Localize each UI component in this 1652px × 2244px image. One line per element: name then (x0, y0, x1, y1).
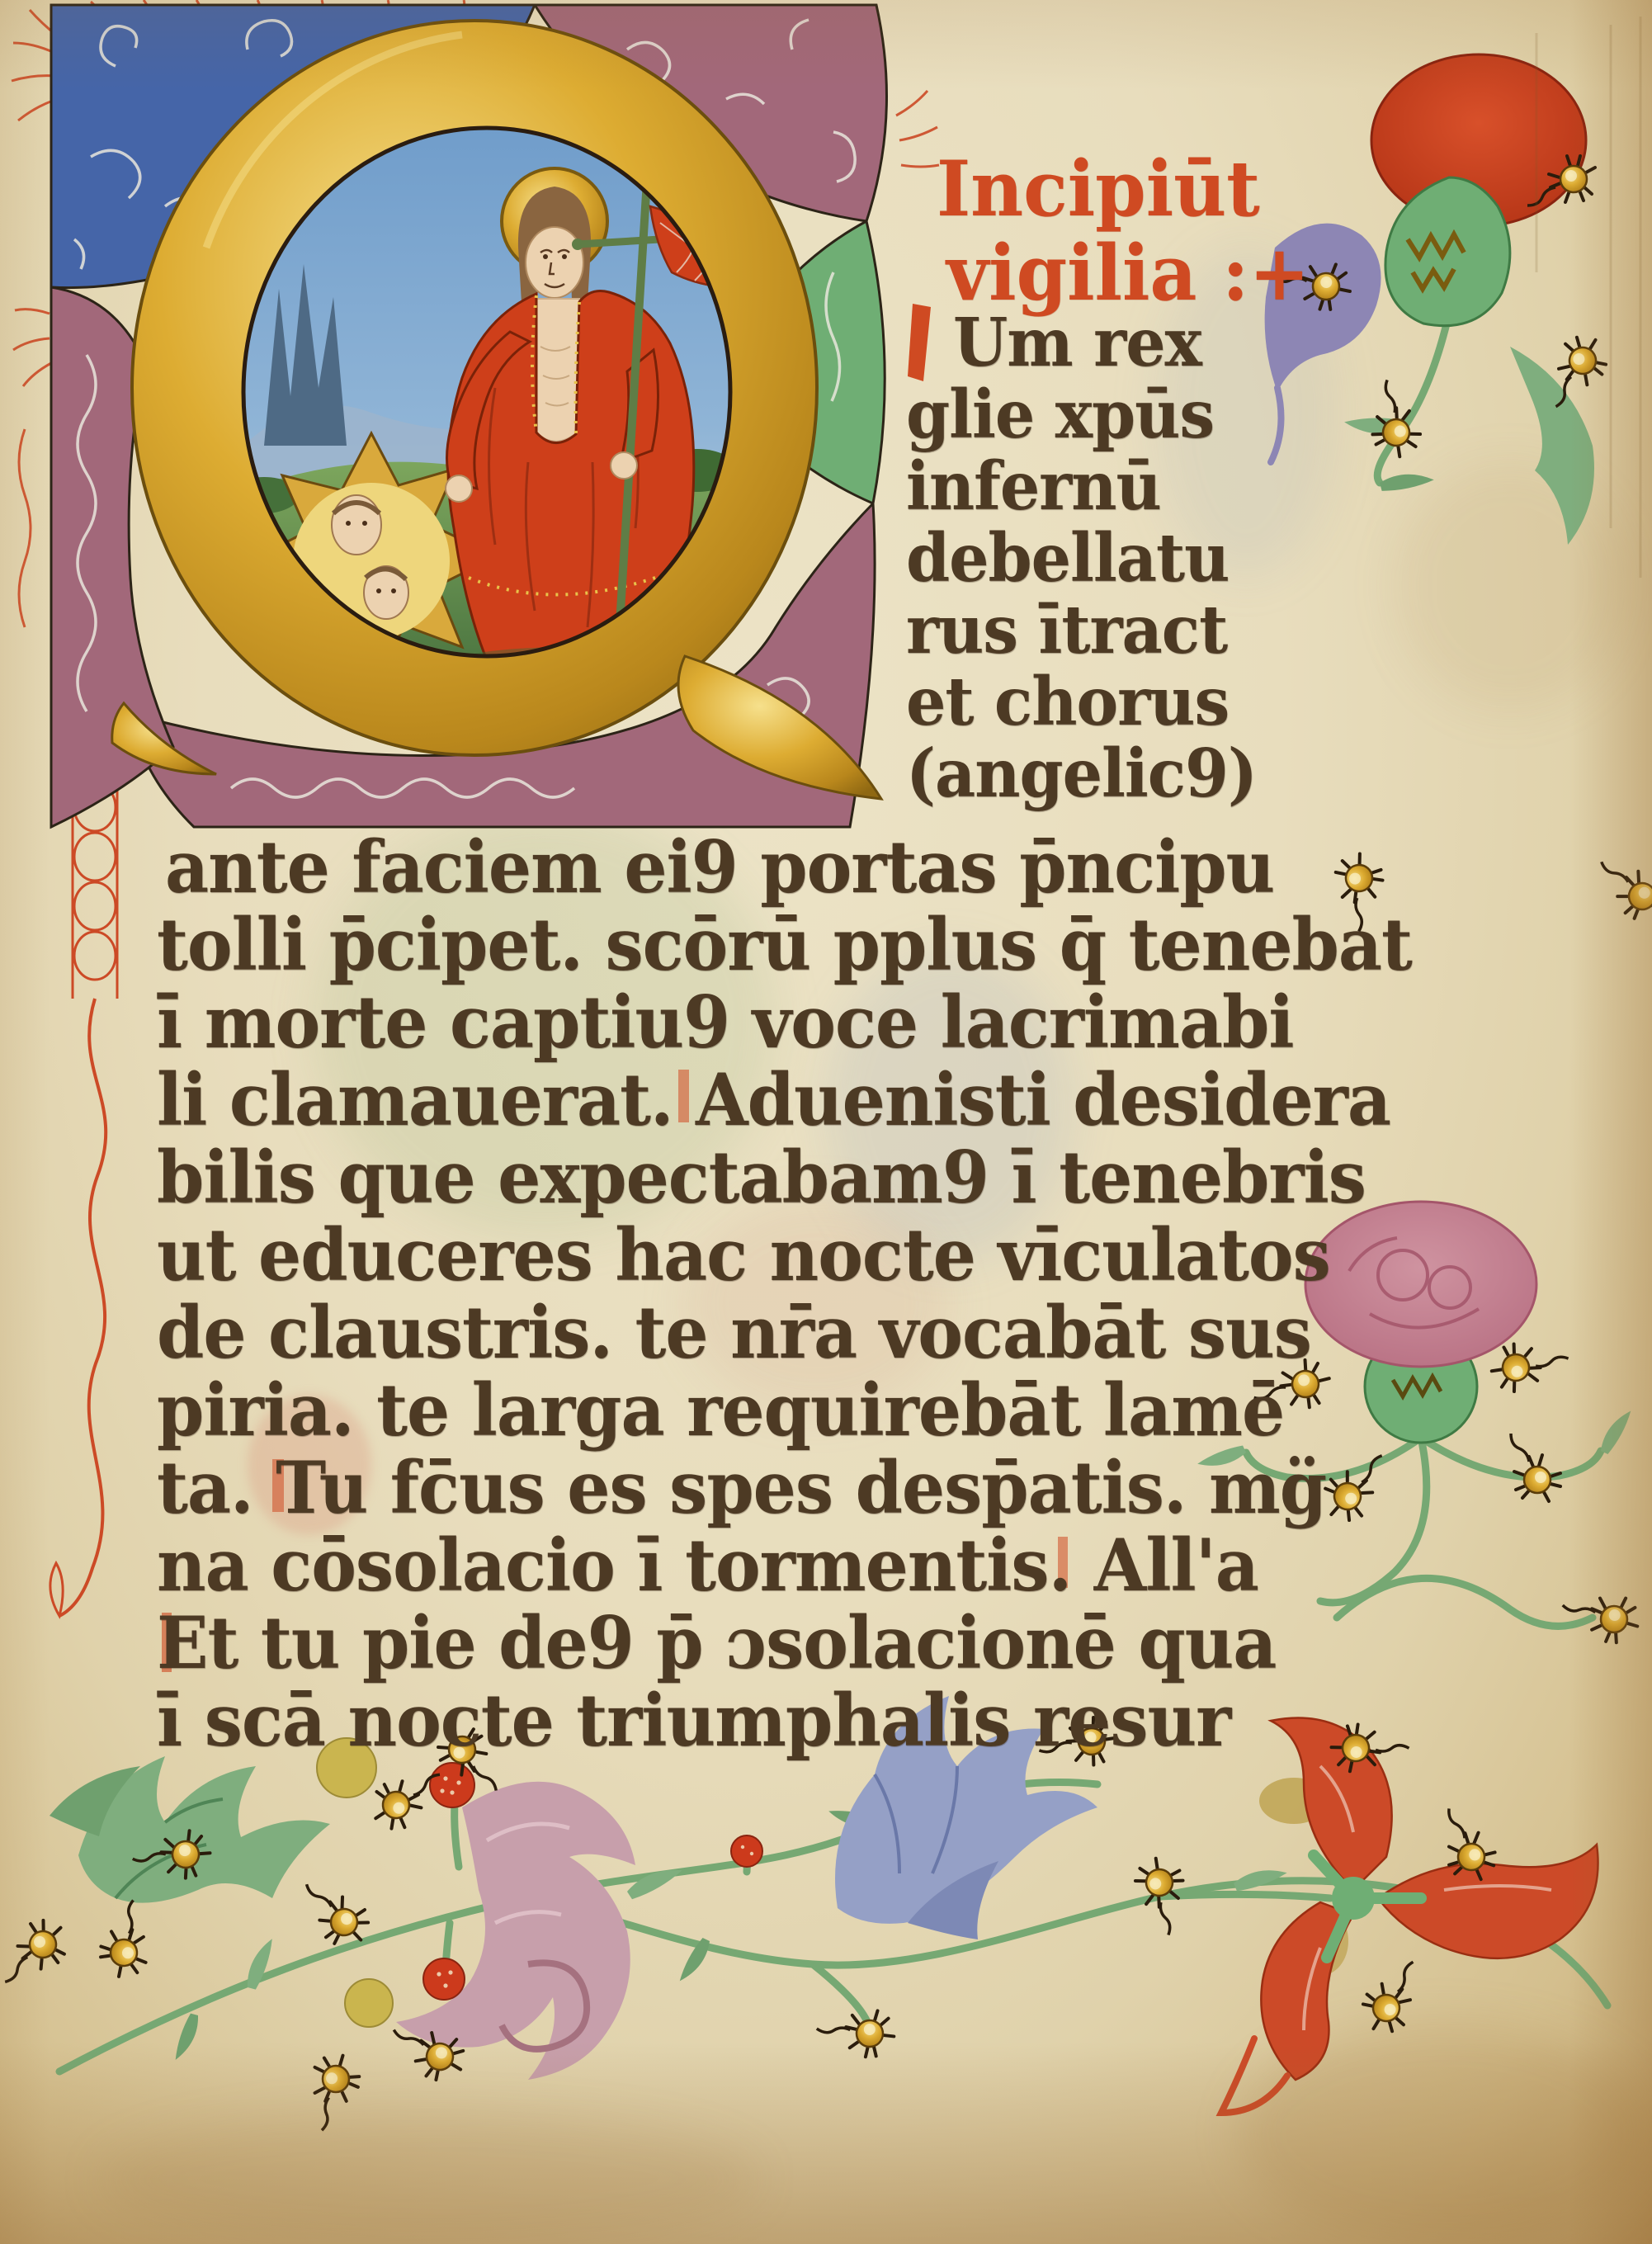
text-line: glie xpūs (906, 381, 1214, 448)
manuscript-page: Incipiūt vigilia :+ Um rex glie xpūs inf… (0, 0, 1652, 2244)
text-line: rus ītract (906, 597, 1227, 664)
thistle-top-right (1265, 54, 1594, 545)
text-line: (angelic9) (906, 740, 1257, 807)
text-line: ta. Tu fc̄us es spes desp̄atis. mg̈ (157, 1453, 1326, 1524)
rubric-line: Incipiūt (937, 150, 1260, 226)
text-line: na cōsolacio ī tormentis. All'a (157, 1530, 1258, 1602)
text-line: debellatu (906, 525, 1229, 592)
yellow-disc (345, 1979, 393, 2027)
text-line: piria. te larga requirebāt lamē (157, 1375, 1284, 1447)
historiated-initial-D (51, 5, 887, 827)
text-line: ī scā nocte triumphalis resur (157, 1685, 1230, 1757)
text-line: ante faciem ei9 portas p̄ncipu (165, 832, 1274, 904)
text-line: ī morte captiu9 voce lacrimabi (157, 987, 1294, 1059)
text-line: de claustris. te nr̄a vocabāt sus (157, 1297, 1311, 1369)
red-trefoil-flower (1221, 1718, 1598, 2113)
text-line: ut educeres hac nocte vīculatos (157, 1220, 1330, 1292)
rose-flower-pink (1305, 1202, 1536, 1367)
text-line: et chorus (906, 668, 1229, 735)
rubric-line: vigilia :+ (946, 234, 1310, 310)
text-line: Et tu pie de9 p̄ ɔsolacionē qua (157, 1608, 1276, 1679)
text-line: infernū (906, 453, 1161, 520)
text-line: tolli p̄cipet. scōrū pplus q̄ tenebat (157, 909, 1412, 981)
acanthus-leaf-green (1510, 347, 1594, 545)
text-line: Um rex (953, 309, 1201, 376)
text-line: bilis que expectabam9 ī tenebris (157, 1142, 1366, 1214)
text-line: li clamauerat. Aduenisti desidera (157, 1065, 1390, 1136)
